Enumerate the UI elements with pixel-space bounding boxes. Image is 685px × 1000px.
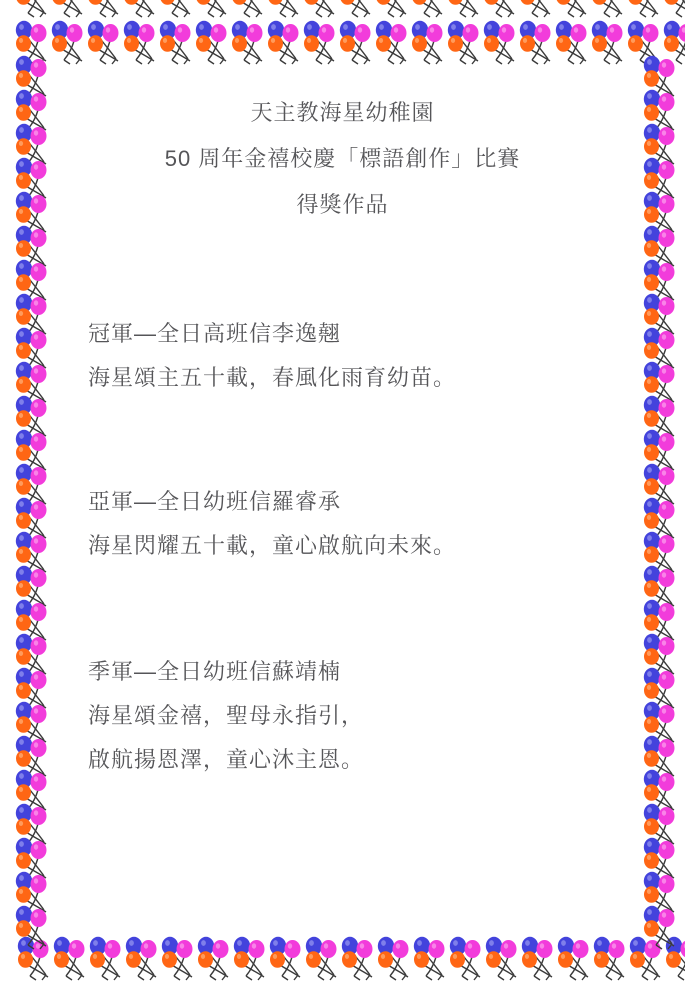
document-content: 天主教海星幼稚園 50 周年金禧校慶「標語創作」比賽 得獎作品 冠軍—全日高班信… bbox=[0, 0, 685, 1000]
award-section-champion: 冠軍—全日高班信李逸翹 海星頌主五十載，春風化雨育幼苗。 bbox=[88, 312, 615, 400]
award-section-second-runner-up: 季軍—全日幼班信蘇靖楠 海星頌金禧，聖母永指引， 啟航揚恩澤，童心沐主恩。 bbox=[88, 650, 615, 782]
award-slogan-line: 海星頌金禧，聖母永指引， bbox=[88, 694, 615, 738]
document-title: 天主教海星幼稚園 50 周年金禧校慶「標語創作」比賽 得獎作品 bbox=[0, 90, 685, 228]
award-slogan-line: 海星頌主五十載，春風化雨育幼苗。 bbox=[88, 356, 615, 400]
title-line-winning-works: 得獎作品 bbox=[0, 182, 685, 228]
award-heading: 季軍—全日幼班信蘇靖楠 bbox=[88, 650, 615, 694]
award-heading: 亞軍—全日幼班信羅睿承 bbox=[88, 480, 615, 524]
title-line-competition: 50 周年金禧校慶「標語創作」比賽 bbox=[0, 136, 685, 182]
award-heading: 冠軍—全日高班信李逸翹 bbox=[88, 312, 615, 356]
award-slogan-line: 海星閃耀五十載，童心啟航向未來。 bbox=[88, 524, 615, 568]
award-section-first-runner-up: 亞軍—全日幼班信羅睿承 海星閃耀五十載，童心啟航向未來。 bbox=[88, 480, 615, 568]
document-page: 天主教海星幼稚園 50 周年金禧校慶「標語創作」比賽 得獎作品 冠軍—全日高班信… bbox=[0, 0, 685, 1000]
title-line-school-name: 天主教海星幼稚園 bbox=[0, 90, 685, 136]
award-slogan-line: 啟航揚恩澤，童心沐主恩。 bbox=[88, 738, 615, 782]
